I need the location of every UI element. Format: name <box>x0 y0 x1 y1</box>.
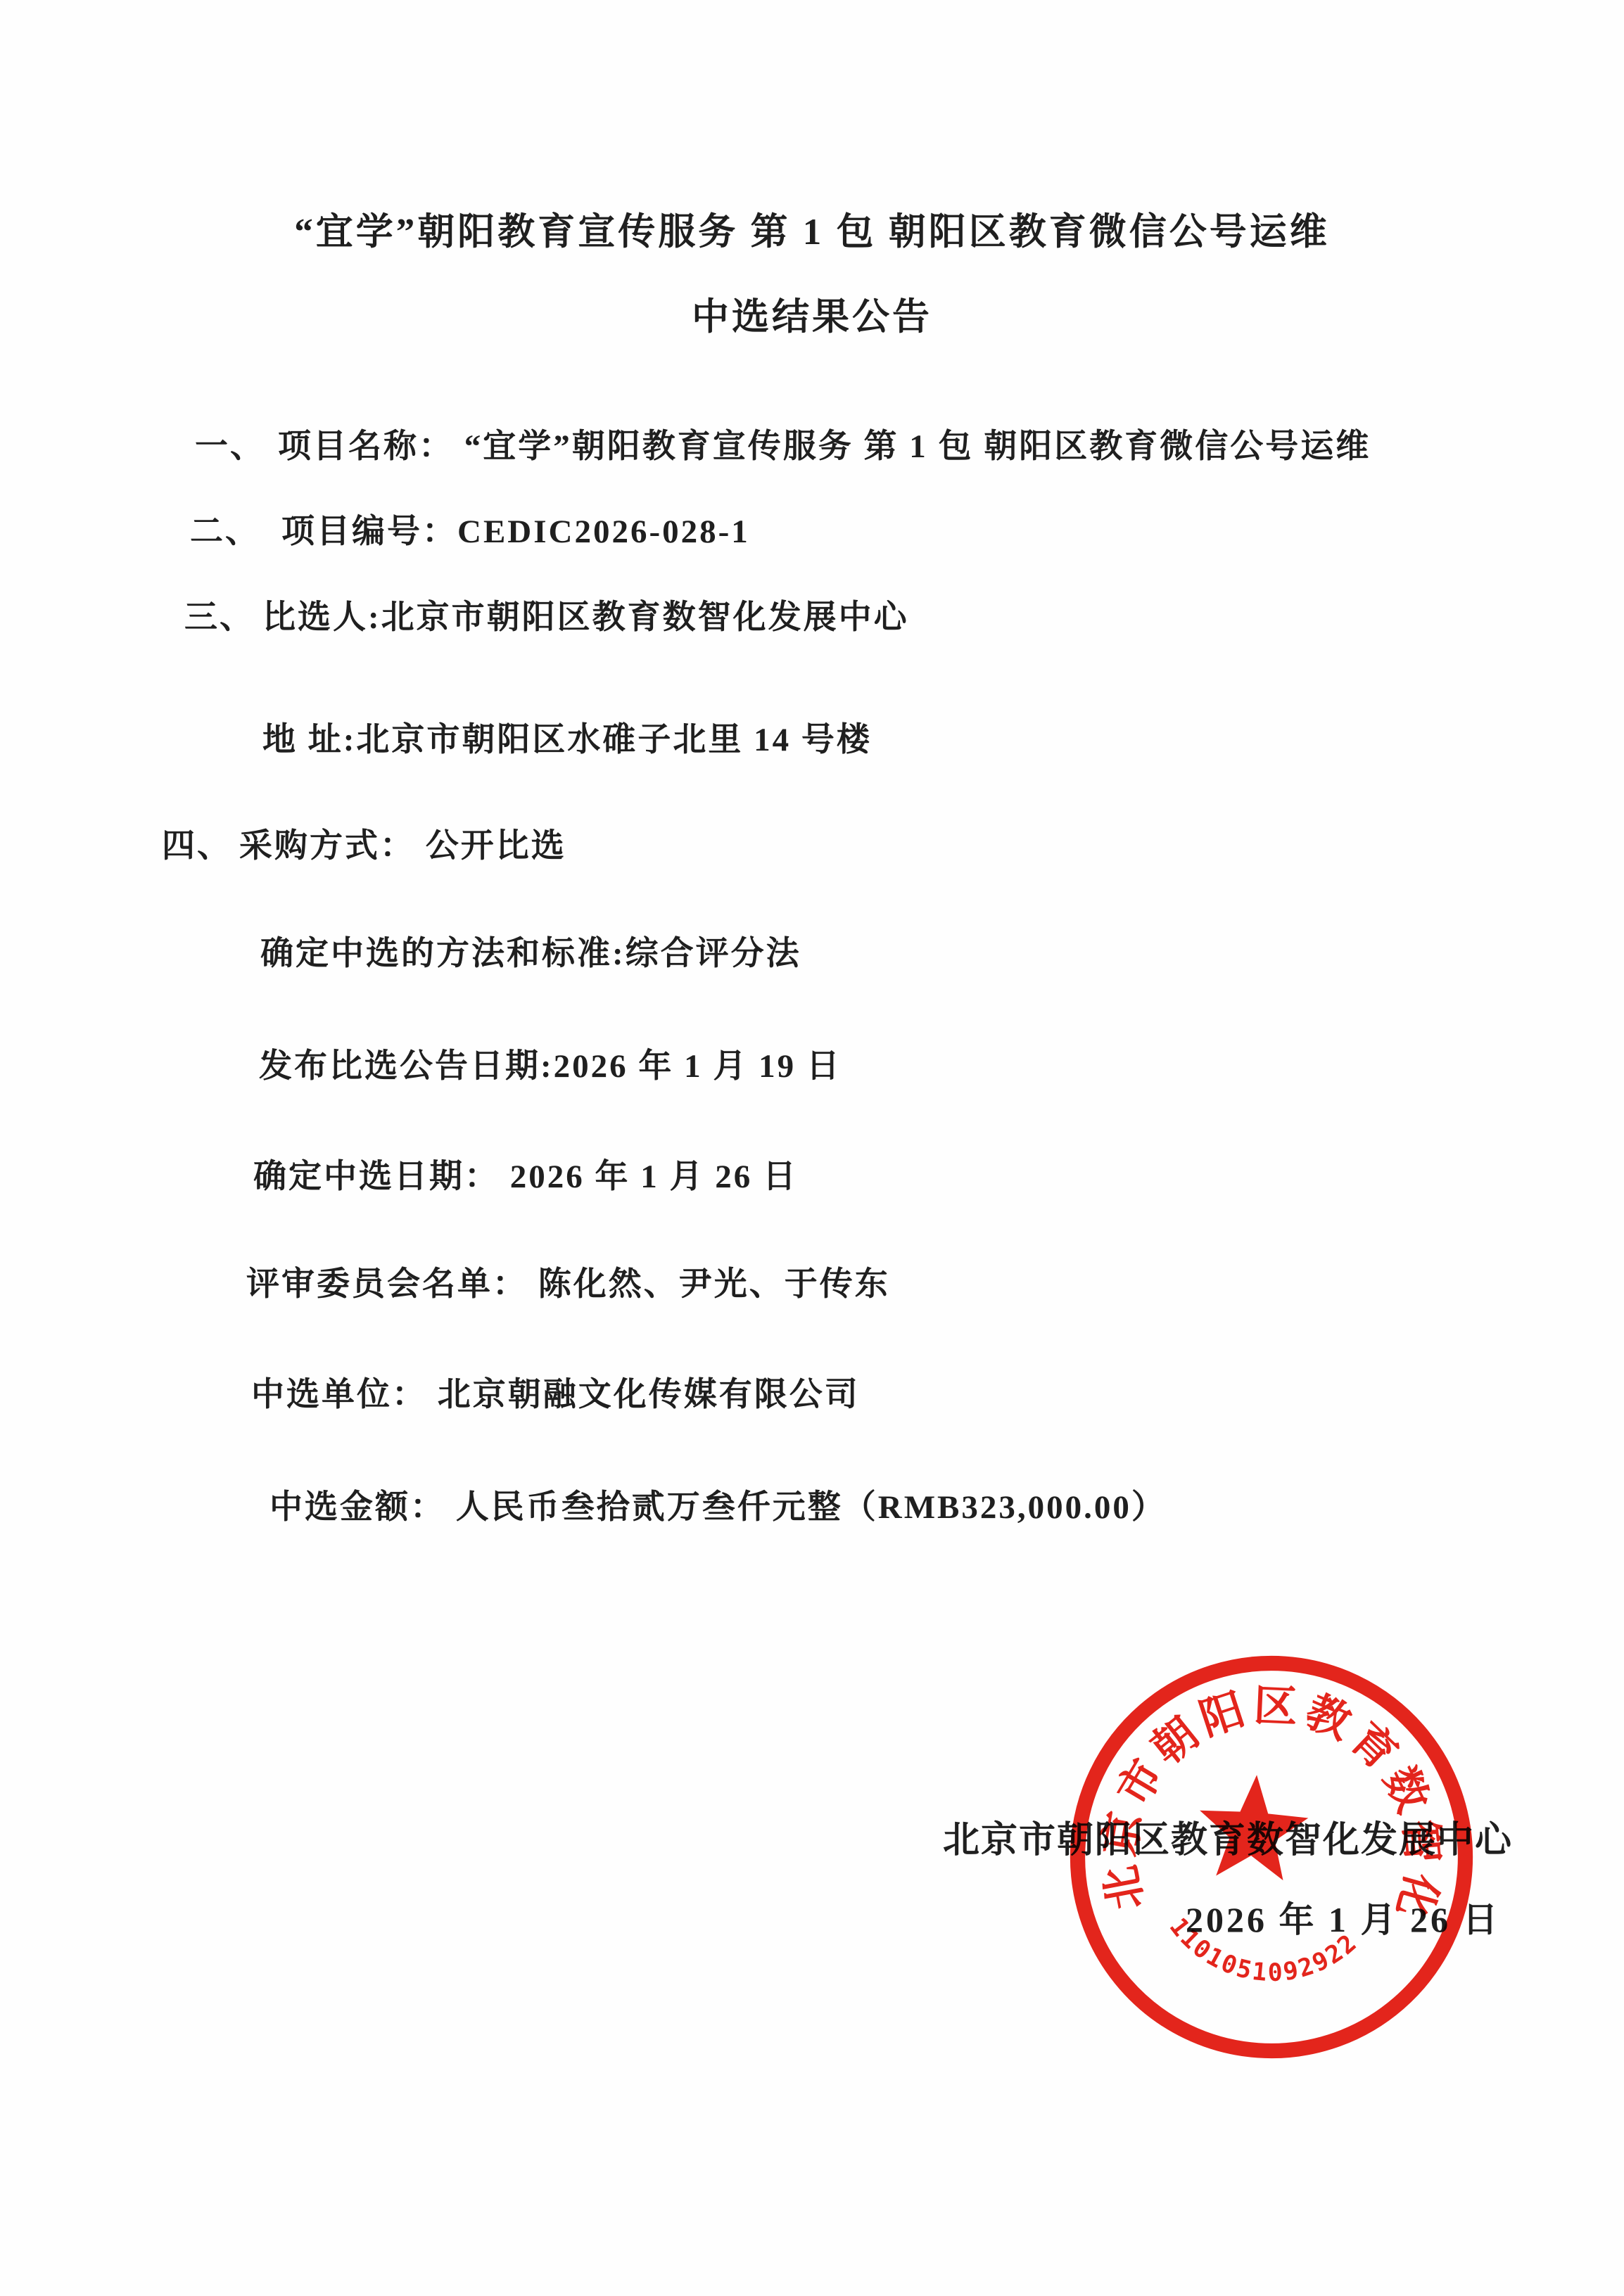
item-text: 确定中选日期： 2026 年 1 月 26 日 <box>253 1159 798 1195</box>
item-text: 项目名称： “宜学”朝阳教育宣传服务 第 1 包 朝阳区教育微信公号运维 <box>278 428 1371 465</box>
list-item-project-number: 二、项目编号：CEDIC2026-028-1 <box>190 511 750 552</box>
item-text: 采购方式： 公开比选 <box>239 828 566 865</box>
item-text: 中选金额： 人民币叁拾贰万叁仟元整（RMB323,000.00） <box>269 1489 1167 1526</box>
document-title-line2: 中选结果公告 <box>0 296 1624 338</box>
list-item-winning-company: 中选单位： 北京朝融文化传媒有限公司 <box>251 1375 860 1415</box>
seal-star-icon <box>1195 1771 1311 1882</box>
item-text: 发布比选公告日期:2026 年 1 月 19 日 <box>259 1048 842 1085</box>
item-number: 三、 <box>184 597 262 638</box>
item-number: 四、 <box>162 826 239 867</box>
item-text: 项目编号：CEDIC2026-028-1 <box>281 514 750 550</box>
list-item-announcement-date: 发布比选公告日期:2026 年 1 月 19 日 <box>259 1046 842 1087</box>
list-item-procurement-method: 四、采购方式： 公开比选 <box>162 826 566 867</box>
list-item-review-committee: 评审委员会名单： 陈化然、尹光、于传东 <box>246 1264 890 1305</box>
scanned-announcement-page: “宜学”朝阳教育宣传服务 第 1 包 朝阳区教育微信公号运维 中选结果公告 一、… <box>0 0 1624 2296</box>
list-item-award-date: 确定中选日期： 2026 年 1 月 26 日 <box>253 1156 798 1197</box>
item-text: 地 址:北京市朝阳区水碓子北里 14 号楼 <box>262 722 872 758</box>
list-item-project-name: 一、项目名称： “宜学”朝阳教育宣传服务 第 1 包 朝阳区教育微信公号运维 <box>195 426 1371 467</box>
list-item-address: 地 址:北京市朝阳区水碓子北里 14 号楼 <box>262 720 872 760</box>
item-text: 评审委员会名单： 陈化然、尹光、于传东 <box>246 1266 890 1303</box>
item-text: 确定中选的方法和标准:综合评分法 <box>260 936 801 972</box>
item-number: 一、 <box>195 426 278 467</box>
official-red-seal: 北京市朝阳区教育数智化发展中心 11010510929221 <box>1053 1639 1489 2074</box>
item-number: 二、 <box>190 511 281 552</box>
list-item-selector: 三、比选人:北京市朝阳区教育数智化发展中心 <box>184 597 909 638</box>
document-title-line1: “宜学”朝阳教育宣传服务 第 1 包 朝阳区教育微信公号运维 <box>0 211 1624 253</box>
list-item-award-amount: 中选金额： 人民币叁拾贰万叁仟元整（RMB323,000.00） <box>269 1487 1167 1528</box>
list-item-evaluation-method: 确定中选的方法和标准:综合评分法 <box>260 933 801 974</box>
item-text: 比选人:北京市朝阳区教育数智化发展中心 <box>262 599 909 636</box>
item-text: 中选单位： 北京朝融文化传媒有限公司 <box>251 1377 860 1413</box>
